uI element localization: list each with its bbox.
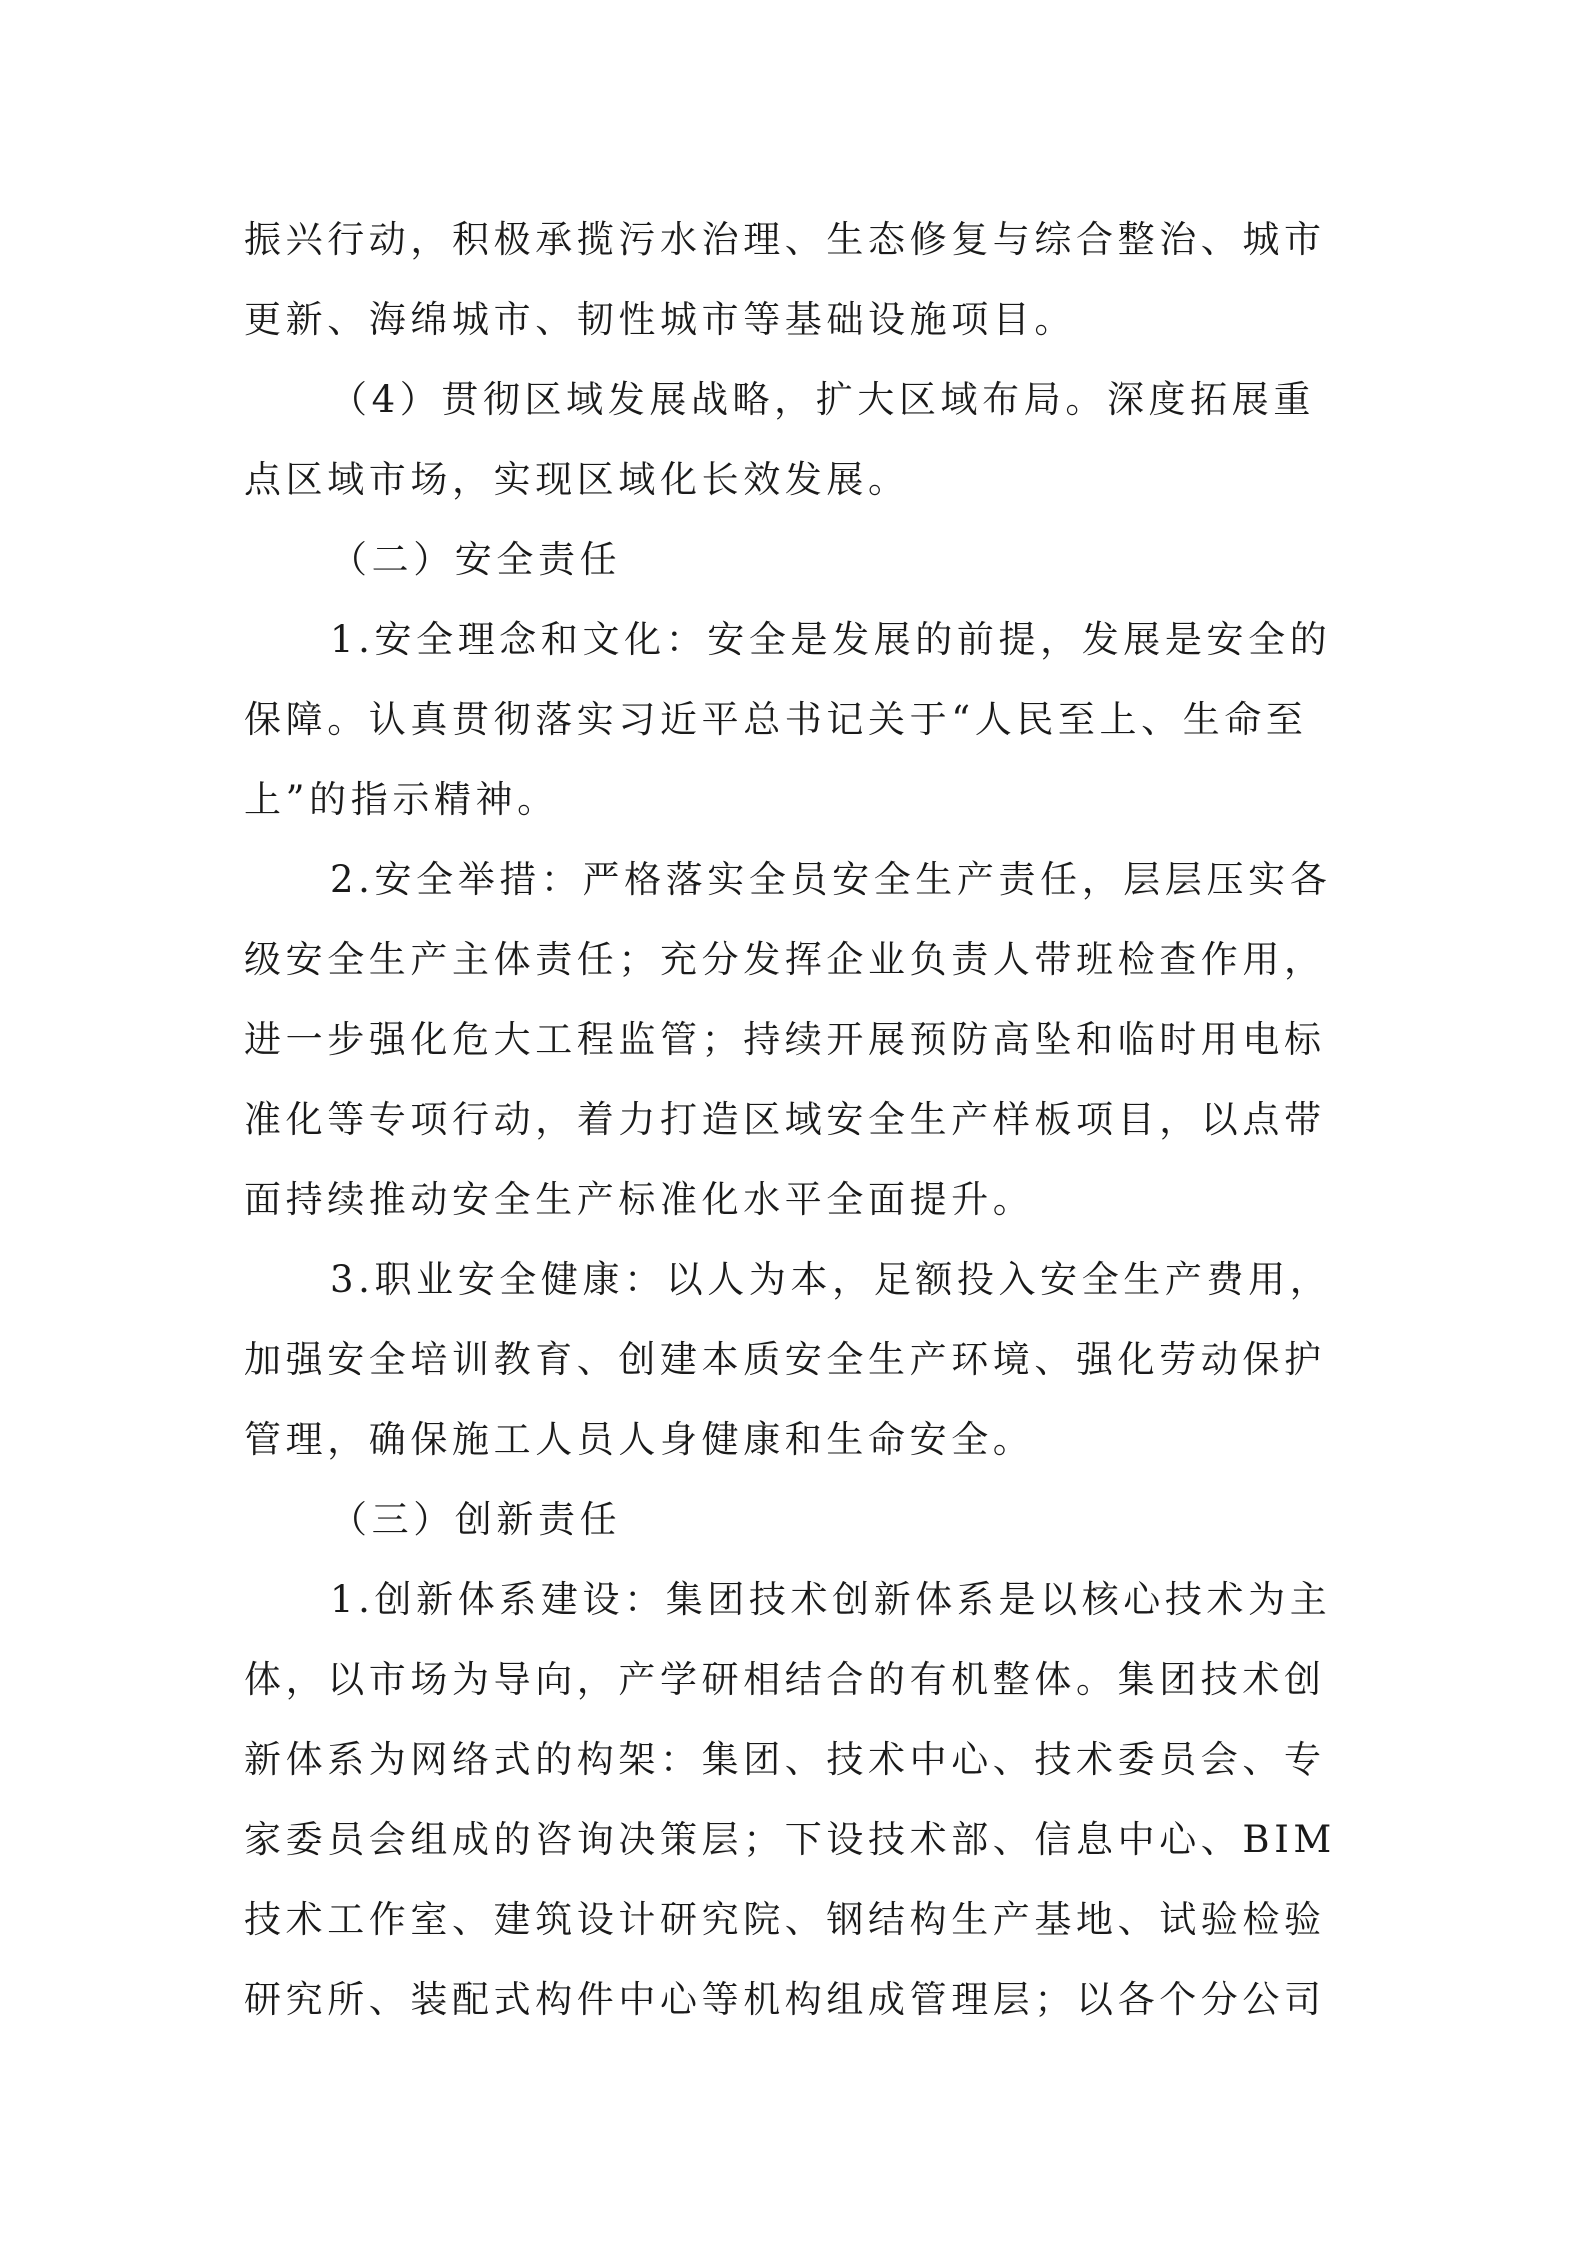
section-heading-innovation: （三）创新责任 (330, 1490, 1440, 1550)
text-line-8: 上”的指示精神。 (244, 770, 1354, 830)
text-line-20: 新体系为网络式的构架：集团、技术中心、技术委员会、专 (244, 1730, 1354, 1790)
text-line-22: 技术工作室、建筑设计研究院、钢结构生产基地、试验检验 (244, 1890, 1354, 1950)
text-line-7: 保障。认真贯彻落实习近平总书记关于“人民至上、生命至 (244, 690, 1354, 750)
text-line-21: 家委员会组成的咨询决策层；下设技术部、信息中心、BIM (244, 1810, 1354, 1870)
text-line-3: （4）贯彻区域发展战略，扩大区域布局。深度拓展重 (330, 370, 1354, 430)
text-line-10: 级安全生产主体责任；充分发挥企业负责人带班检查作用， (244, 930, 1354, 990)
text-line-9: 2.安全举措：严格落实全员安全生产责任，层层压实各 (330, 850, 1354, 910)
text-line-13: 面持续推动安全生产标准化水平全面提升。 (244, 1170, 1354, 1230)
text-line-6: 1.安全理念和文化：安全是发展的前提，发展是安全的 (330, 610, 1354, 670)
text-line-19: 体，以市场为导向，产学研相结合的有机整体。集团技术创 (244, 1650, 1354, 1710)
text-line-4: 点区域市场，实现区域化长效发展。 (244, 450, 1354, 510)
document-page: 振兴行动，积极承揽污水治理、生态修复与综合整治、城市 更新、海绵城市、韧性城市等… (0, 0, 1587, 2245)
section-heading-safety: （二）安全责任 (330, 530, 1440, 590)
text-line-2: 更新、海绵城市、韧性城市等基础设施项目。 (244, 290, 1354, 350)
text-line-18: 1.创新体系建设：集团技术创新体系是以核心技术为主 (330, 1570, 1354, 1630)
text-line-14: 3.职业安全健康：以人为本，足额投入安全生产费用， (330, 1250, 1354, 1310)
text-line-15: 加强安全培训教育、创建本质安全生产环境、强化劳动保护 (244, 1330, 1354, 1390)
text-line-23: 研究所、装配式构件中心等机构组成管理层；以各个分公司 (244, 1970, 1354, 2030)
text-line-16: 管理，确保施工人员人身健康和生命安全。 (244, 1410, 1354, 1470)
text-line-11: 进一步强化危大工程监管；持续开展预防高坠和临时用电标 (244, 1010, 1354, 1070)
text-line-12: 准化等专项行动，着力打造区域安全生产样板项目，以点带 (244, 1090, 1354, 1150)
text-line-1: 振兴行动，积极承揽污水治理、生态修复与综合整治、城市 (244, 210, 1354, 270)
